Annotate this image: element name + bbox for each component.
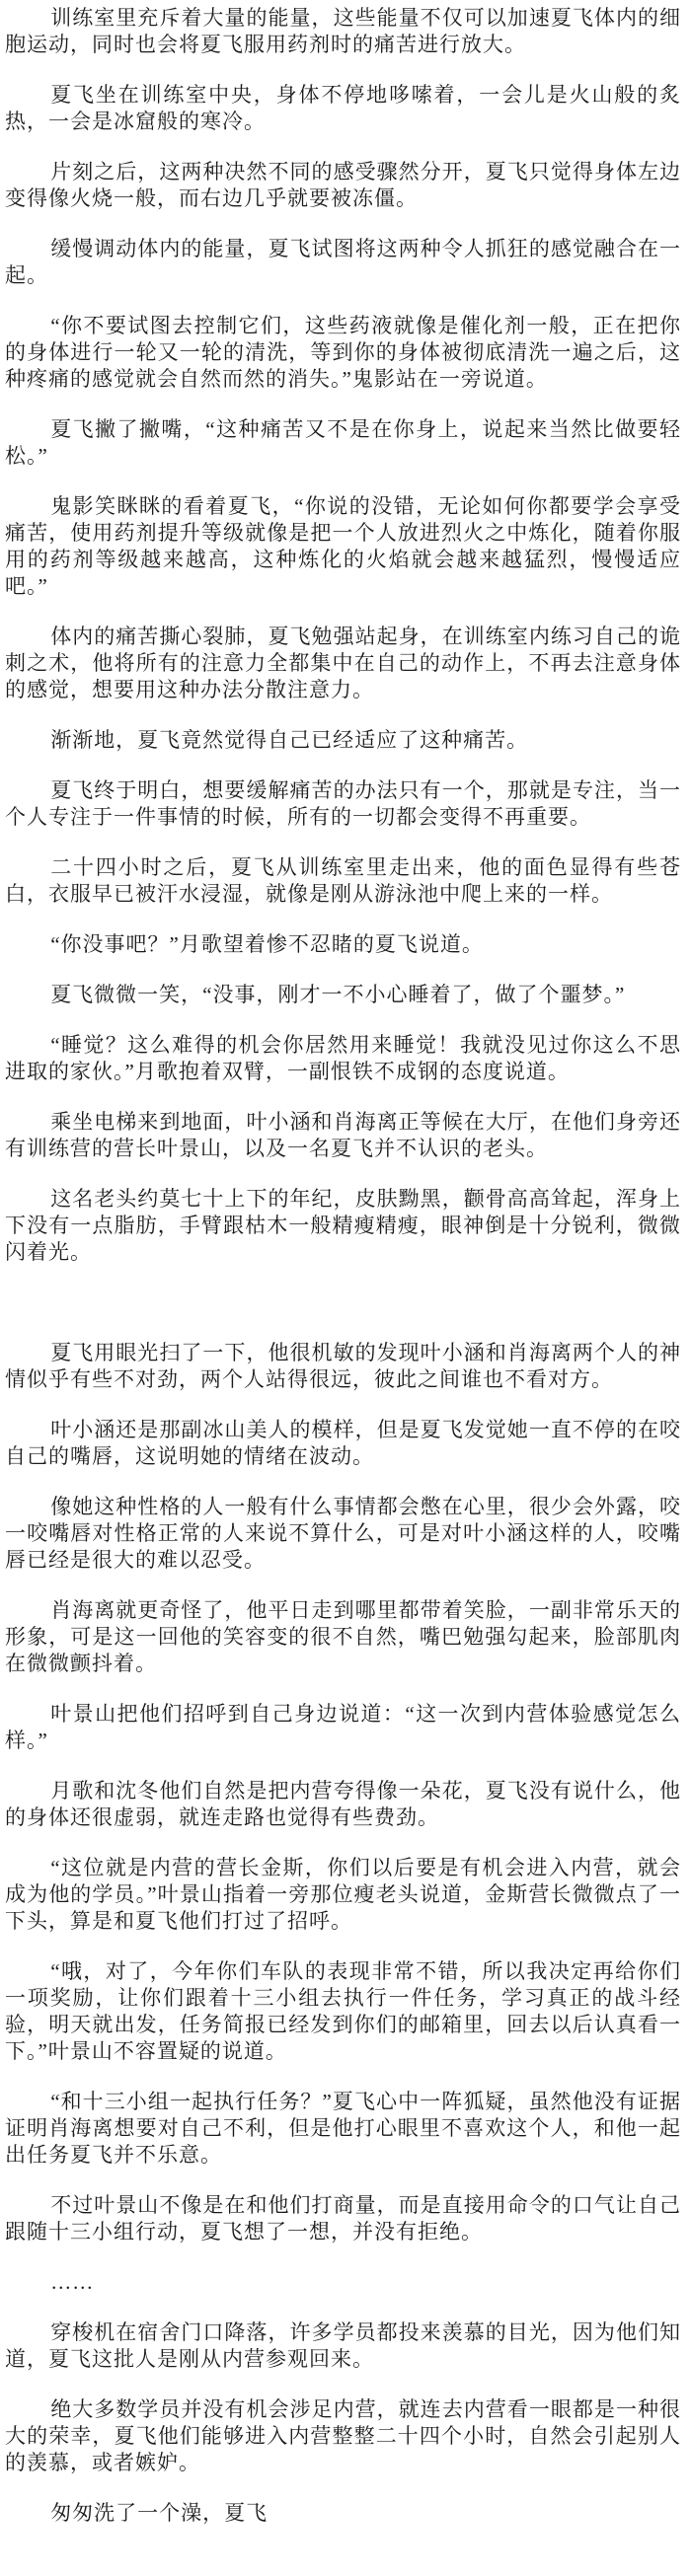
- paragraph: “和十三小组一起执行任务？”夏飞心中一阵狐疑，虽然他没有证据证明肖海离想要对自己…: [5, 2089, 681, 2169]
- paragraph: 叶小涵还是那副冰山美人的模样，但是夏飞发觉她一直不停的在咬自己的嘴唇，这说明她的…: [5, 1417, 681, 1470]
- paragraph: 夏飞撇了撇嘴，“这种痛苦又不是在你身上，说起来当然比做要轻松。”: [5, 416, 681, 470]
- paragraph: 夏飞微微一笑，“没事，刚才一不小心睡着了，做了个噩梦。”: [5, 982, 681, 1008]
- paragraph: 渐渐地，夏飞竟然觉得自己已经适应了这种痛苦。: [5, 727, 681, 754]
- paragraph: “睡觉？这么难得的机会你居然用来睡觉！我就没见过你这么不思进取的家伙。”月歌抱着…: [5, 1032, 681, 1085]
- paragraph: 缓慢调动体内的能量，夏飞试图将这两种令人抓狂的感觉融合在一起。: [5, 236, 681, 289]
- paragraph: 乘坐电梯来到地面，叶小涵和肖海离正等候在大厅，在他们身旁还有训练营的营长叶景山，…: [5, 1109, 681, 1162]
- novel-text-body: 训练室里充斥着大量的能量，这些能量不仅可以加速夏飞体内的细胞运动，同时也会将夏飞…: [5, 5, 681, 2527]
- paragraph: 夏飞终于明白，想要缓解痛苦的办法只有一个，那就是专注，当一个人专注于一件事情的时…: [5, 777, 681, 831]
- novel-page: 训练室里充斥着大量的能量，这些能量不仅可以加速夏飞体内的细胞运动，同时也会将夏飞…: [0, 0, 691, 2576]
- paragraph: 体内的痛苦撕心裂肺，夏飞勉强站起身，在训练室内练习自己的诡刺之术，他将所有的注意…: [5, 624, 681, 703]
- paragraph: “你没事吧？”月歌望着惨不忍睹的夏飞说道。: [5, 931, 681, 958]
- paragraph: 绝大多数学员并没有机会涉足内营，就连去内营看一眼都是一种很大的荣幸，夏飞他们能够…: [5, 2396, 681, 2476]
- blank-line: [5, 1289, 681, 1316]
- paragraph: 匆匆洗了一个澡，夏飞: [5, 2500, 681, 2527]
- paragraph: “哦，对了，今年你们车队的表现非常不错，所以我决定再给你们一项奖励，让你们跟着十…: [5, 1958, 681, 2065]
- paragraph: ……: [5, 2269, 681, 2296]
- paragraph: 夏飞坐在训练室中央，身体不停地哆嗦着，一会儿是火山般的炙热，一会是冰窟般的寒冷。: [5, 82, 681, 135]
- paragraph: 月歌和沈冬他们自然是把内营夸得像一朵花，夏飞没有说什么，他的身体还很虚弱，就连走…: [5, 1778, 681, 1831]
- paragraph: 肖海离就更奇怪了，他平日走到哪里都带着笑脸，一副非常乐天的形象，可是这一回他的笑…: [5, 1597, 681, 1677]
- paragraph: “你不要试图去控制它们，这些药液就像是催化剂一般，正在把你的身体进行一轮又一轮的…: [5, 313, 681, 393]
- paragraph: 二十四小时之后，夏飞从训练室里走出来，他的面色显得有些苍白，衣服早已被汗水浸湿，…: [5, 854, 681, 908]
- paragraph: 夏飞用眼光扫了一下，他很机敏的发现叶小涵和肖海离两个人的神情似乎有些不对劲，两个…: [5, 1340, 681, 1393]
- paragraph: “这位就是内营的营长金斯，你们以后要是有机会进入内营，就会成为他的学员。”叶景山…: [5, 1855, 681, 1935]
- paragraph: 这名老头约莫七十上下的年纪，皮肤黝黑，颧骨高高耸起，浑身上下没有一点脂肪，手臂跟…: [5, 1186, 681, 1266]
- paragraph: 像她这种性格的人一般有什么事情都会憋在心里，很少会外露，咬一咬嘴唇对性格正常的人…: [5, 1494, 681, 1574]
- paragraph: 穿梭机在宿舍门口降落，许多学员都投来羡慕的目光，因为他们知道，夏飞这批人是刚从内…: [5, 2319, 681, 2373]
- paragraph: 片刻之后，这两种决然不同的感受骤然分开，夏飞只觉得身体左边变得像火烧一般，而右边…: [5, 159, 681, 212]
- paragraph: 训练室里充斥着大量的能量，这些能量不仅可以加速夏飞体内的细胞运动，同时也会将夏飞…: [5, 5, 681, 58]
- paragraph: 叶景山把他们招呼到自己身边说道：“这一次到内营体验感觉怎么样。”: [5, 1701, 681, 1754]
- paragraph: 鬼影笑眯眯的看着夏飞，“你说的没错，无论如何你都要学会享受痛苦，使用药剂提升等级…: [5, 493, 681, 600]
- paragraph: 不过叶景山不像是在和他们打商量，而是直接用命令的口气让自己跟随十三小组行动，夏飞…: [5, 2192, 681, 2245]
